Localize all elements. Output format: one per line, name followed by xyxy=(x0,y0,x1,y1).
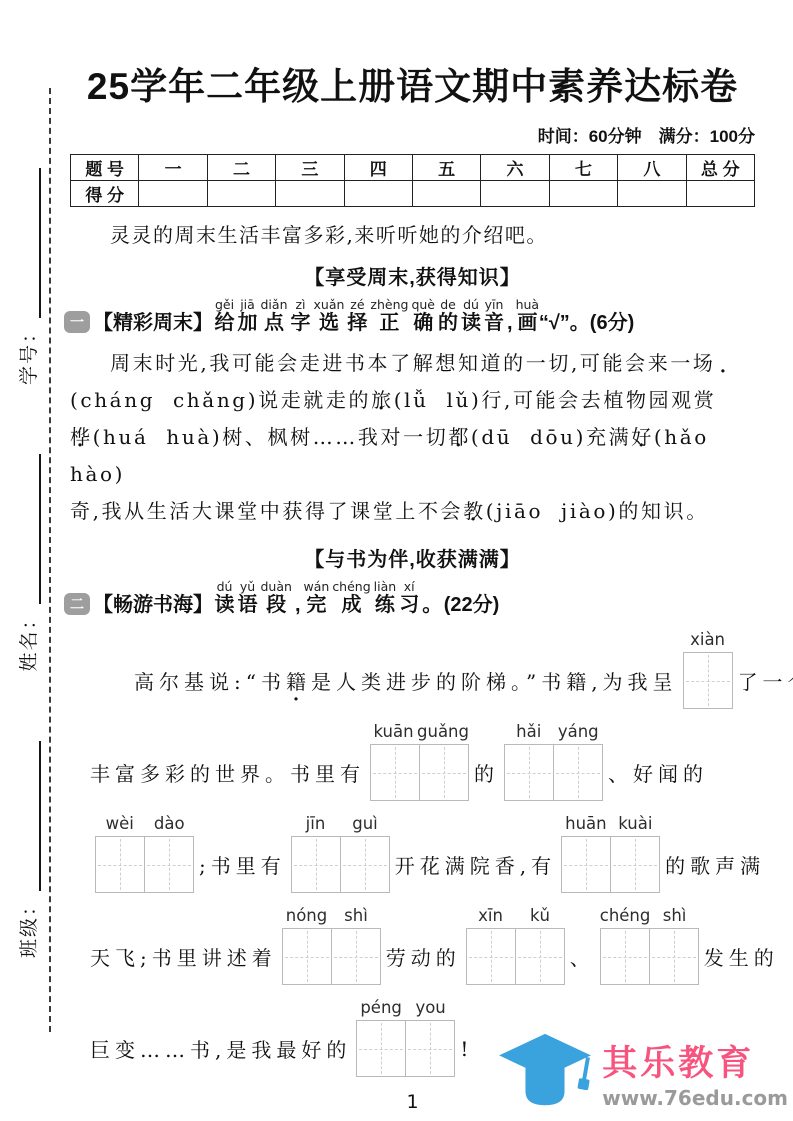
pinyin-syllable: yáng xyxy=(554,722,604,741)
instruction-char: 读dú xyxy=(215,594,235,616)
score-cell xyxy=(139,181,207,207)
passage-text: (jiāo jiào)的知识。 xyxy=(486,499,709,523)
write-cell xyxy=(282,928,332,985)
write-cells xyxy=(356,1020,455,1077)
write-cells xyxy=(95,836,194,893)
score-table: 题 号一二三四五六七八总 分得 分 xyxy=(70,154,755,207)
student-info-field: 姓名： xyxy=(14,455,41,672)
passage-text: 的 xyxy=(474,758,499,787)
score-table-header-row: 题 号一二三四五六七八总 分 xyxy=(71,155,755,181)
fill-line: 天飞;书里讲述着nóngshì劳动的xīnkǔ、chéngshì发生的 xyxy=(90,928,755,985)
score-table-column: 一 xyxy=(139,155,207,181)
write-cell xyxy=(553,744,603,801)
write-cells xyxy=(466,928,565,985)
pinyin-write-box: huānkuài xyxy=(561,836,660,893)
instruction-char: 音yīn xyxy=(484,312,504,334)
score-row-label: 得 分 xyxy=(71,181,139,207)
pinyin-write-box: jīnguì xyxy=(291,836,390,893)
instruction-char: 的de xyxy=(438,312,458,334)
write-cell xyxy=(331,928,381,985)
passage-text: 奇,我从生活大课堂中获得了课堂上不会 xyxy=(70,499,463,523)
passage-line: 奇,我从生活大课堂中获得了课堂上不会教(jiāo jiào)的知识。 xyxy=(70,493,755,530)
question-1-points: “√”。(6分) xyxy=(539,312,634,334)
score-table-score-row: 得 分 xyxy=(71,181,755,207)
pinyin-write-box: hǎiyáng xyxy=(504,744,603,801)
question-1-passage: 周末时光,我可能会走进书本了解想知道的一切,可能会来一场(cháng chǎng… xyxy=(70,345,755,530)
score-table-column: 六 xyxy=(481,155,549,181)
main-content: 25学年二年级上册语文期中素养达标卷 时间：60分钟 满分：100分 题 号一二… xyxy=(70,0,755,1113)
score-table-column: 四 xyxy=(344,155,412,181)
student-info-blank xyxy=(23,168,41,318)
pinyin-syllable: kǔ xyxy=(515,906,565,925)
student-info-label: 姓名： xyxy=(14,609,41,672)
pinyin-syllable: wèi xyxy=(95,814,145,833)
instruction-char: 选xuǎn xyxy=(314,312,345,334)
score-table-column: 二 xyxy=(207,155,275,181)
write-cell xyxy=(466,928,516,985)
question-1-number-badge: 一 xyxy=(64,311,90,333)
pinyin-label: kuānguǎng xyxy=(370,722,469,741)
brand-url: www.76edu.com xyxy=(602,1086,788,1110)
passage-text: 开花满院香,有 xyxy=(395,850,556,879)
question-1-tag: 【精彩周末】 xyxy=(93,312,213,334)
passage-text: 、好闻的 xyxy=(608,758,708,787)
section-1-banner: 【享受周末,获得知识】 xyxy=(70,261,755,290)
instruction-char: 成chéng xyxy=(332,594,370,616)
passage-text: 周末时光,我可能会走进书本了解想知道的一切,可能会来一 xyxy=(110,351,693,375)
brand-name: 其乐教育 xyxy=(602,1036,788,1086)
pinyin-syllable: jīn xyxy=(291,814,341,833)
passage-text: (dū dōu)充满 xyxy=(471,425,631,449)
write-cell xyxy=(291,836,341,893)
write-cell xyxy=(95,836,145,893)
pinyin-syllable: xīn xyxy=(466,906,516,925)
passage-text: ! xyxy=(460,1037,473,1061)
pinyin-write-box: péngyou xyxy=(356,1020,455,1077)
write-cells xyxy=(282,928,381,985)
write-cell xyxy=(649,928,699,985)
pinyin-write-box: xīnkǔ xyxy=(466,928,565,985)
passage-text: 发生的 xyxy=(704,942,779,971)
write-cell xyxy=(340,836,390,893)
instruction-char: 读dú xyxy=(461,312,481,334)
pinyin-write-box: kuānguǎng xyxy=(370,744,469,801)
passage-line: (cháng chǎng)说走就走的旅(lǚ lǔ)行,可能会去植物园观赏 xyxy=(70,382,755,419)
write-cell xyxy=(610,836,660,893)
pinyin-label: chéngshì xyxy=(600,906,699,925)
pinyin-label: huānkuài xyxy=(561,814,660,833)
write-cells xyxy=(683,652,733,709)
question-2-passage: 高尔基说:“书籍是人类进步的阶梯。”书籍,为我呈xiàn了一个丰富多彩的世界。书… xyxy=(70,652,755,1077)
pinyin-write-box: xiàn xyxy=(683,652,733,709)
write-cells xyxy=(600,928,699,985)
student-info-field: 学号： xyxy=(14,168,41,385)
instruction-char: , xyxy=(295,594,301,616)
score-table-column: 八 xyxy=(618,155,686,181)
instruction-char: 择zé xyxy=(347,312,367,334)
write-cells xyxy=(561,836,660,893)
passage-text: (lǚ lǔ)行,可能会去植物园观赏 xyxy=(394,388,717,412)
score-cell xyxy=(549,181,617,207)
question-1-heading: 一【精彩周末】给gěi加jiā点diǎn字zì选xuǎn择zé正zhèng确qu… xyxy=(70,299,755,335)
pinyin-syllable: xiàn xyxy=(683,630,733,649)
write-cell xyxy=(370,744,420,801)
instruction-char: 习xí xyxy=(399,594,419,616)
student-info-blank xyxy=(23,741,41,891)
pinyin-syllable: guǎng xyxy=(417,722,469,741)
score-cell xyxy=(344,181,412,207)
score-table-column: 总 分 xyxy=(686,155,754,181)
pinyin-write-box: wèidào xyxy=(95,836,194,893)
score-cell xyxy=(207,181,275,207)
passage-text: 高尔基说:“书 xyxy=(90,666,286,695)
score-table-corner: 题 号 xyxy=(71,155,139,181)
student-info-label: 学号： xyxy=(14,322,41,385)
student-info-blank xyxy=(23,455,41,605)
score-cell xyxy=(618,181,686,207)
student-info-field: 班级： xyxy=(14,741,41,958)
instruction-char: 加jiā xyxy=(238,312,258,334)
write-cells xyxy=(504,744,603,801)
passage-text: 了一个 xyxy=(738,666,793,695)
student-info-sidebar: 班级：姓名：学号： xyxy=(6,168,48,958)
pinyin-syllable: nóng xyxy=(282,906,332,925)
write-cell xyxy=(683,652,733,709)
graduation-cap-icon xyxy=(496,1031,594,1115)
passage-text: (huá huà)树、枫树……我对一切 xyxy=(93,425,449,449)
pinyin-label: jīnguì xyxy=(291,814,390,833)
dotted-char: 都 xyxy=(448,425,471,449)
write-cell xyxy=(561,836,611,893)
pinyin-label: hǎiyáng xyxy=(504,722,603,741)
passage-text: 、 xyxy=(570,942,595,971)
write-cell xyxy=(419,744,469,801)
question-2-tag: 【畅游书海】 xyxy=(93,594,213,616)
instruction-char: 点diǎn xyxy=(261,312,288,334)
instruction-char: 正zhèng xyxy=(370,312,408,334)
instruction-char: 画huà xyxy=(516,312,538,334)
instruction-char: 字zì xyxy=(291,312,311,334)
passage-line: 周末时光,我可能会走进书本了解想知道的一切,可能会来一场 xyxy=(70,345,755,382)
score-table-column: 七 xyxy=(549,155,617,181)
question-2-number-badge: 二 xyxy=(64,593,90,615)
pinyin-syllable: kuān xyxy=(370,722,417,741)
pinyin-syllable: hǎi xyxy=(504,722,554,741)
section-2-banner: 【与书为伴,收获满满】 xyxy=(70,543,755,572)
passage-text: 丰富多彩的世界。书里有 xyxy=(90,758,365,787)
pinyin-label: péngyou xyxy=(356,998,455,1017)
pinyin-syllable: shì xyxy=(331,906,381,925)
write-cell xyxy=(405,1020,455,1077)
exam-time-score-meta: 时间：60分钟 满分：100分 xyxy=(70,122,755,147)
instruction-char: , xyxy=(507,312,513,334)
exam-page: 班级：姓名：学号： 25学年二年级上册语文期中素养达标卷 时间：60分钟 满分：… xyxy=(0,0,793,1121)
passage-text: 天飞;书里讲述着 xyxy=(90,942,277,971)
score-table-column: 三 xyxy=(276,155,344,181)
question-2-points: (22分) xyxy=(444,594,500,616)
fill-line: 高尔基说:“书籍是人类进步的阶梯。”书籍,为我呈xiàn了一个 xyxy=(90,652,755,709)
pinyin-syllable: you xyxy=(406,998,456,1017)
passage-line: 桦(huá huà)树、枫树……我对一切都(dū dōu)充满好(hǎo hào… xyxy=(70,419,755,493)
passage-text: ;书里有 xyxy=(199,850,286,879)
passage-text: 的歌声满 xyxy=(665,850,765,879)
fill-line: wèidào;书里有jīnguì开花满院香,有huānkuài的歌声满 xyxy=(90,836,755,893)
fill-line: 丰富多彩的世界。书里有kuānguǎng的hǎiyáng、好闻的 xyxy=(90,744,755,801)
score-cell xyxy=(276,181,344,207)
pinyin-label: xiàn xyxy=(683,630,733,649)
score-table-column: 五 xyxy=(412,155,480,181)
passage-text: 巨变……书,是我最好的 xyxy=(90,1034,351,1063)
pinyin-label: xīnkǔ xyxy=(466,906,565,925)
binding-dashed-line xyxy=(49,88,51,1032)
pinyin-write-box: chéngshì xyxy=(600,928,699,985)
question-2-heading: 二【畅游书海】读dú语yǔ段duàn,完wán成chéng练liàn习xí。(2… xyxy=(70,581,755,617)
instruction-char: 完wán xyxy=(304,594,330,616)
instruction-char: 练liàn xyxy=(374,594,397,616)
pinyin-label: wèidào xyxy=(95,814,194,833)
pinyin-syllable: huān xyxy=(561,814,611,833)
dotted-char: 桦 xyxy=(70,425,93,449)
dotted-char: 籍 xyxy=(286,666,311,695)
logo-text-block: 其乐教育 www.76edu.com xyxy=(602,1036,788,1110)
pinyin-syllable: kuài xyxy=(611,814,661,833)
dotted-char: 教 xyxy=(463,499,486,523)
instruction-char: 确què xyxy=(411,312,435,334)
passage-text: 是人类进步的阶梯。”书籍,为我呈 xyxy=(311,666,678,695)
student-info-label: 班级： xyxy=(14,895,41,958)
pinyin-syllable: péng xyxy=(356,998,406,1017)
score-cell xyxy=(412,181,480,207)
write-cell xyxy=(504,744,554,801)
score-cell xyxy=(686,181,754,207)
passage-text: (cháng chǎng)说走就走的 xyxy=(70,388,371,412)
write-cells xyxy=(291,836,390,893)
pinyin-syllable: chéng xyxy=(600,906,651,925)
dotted-char: 场 xyxy=(693,351,716,375)
publisher-logo: 其乐教育 www.76edu.com xyxy=(496,1031,791,1115)
write-cell xyxy=(356,1020,406,1077)
instruction-char: 给gěi xyxy=(215,312,235,334)
score-cell xyxy=(481,181,549,207)
page-title: 25学年二年级上册语文期中素养达标卷 xyxy=(70,0,755,110)
passage-text: 劳动的 xyxy=(386,942,461,971)
instruction-char: 语yǔ xyxy=(238,594,258,616)
pinyin-write-box: nóngshì xyxy=(282,928,381,985)
intro-text: 灵灵的周末生活丰富多彩,来听听她的介绍吧。 xyxy=(70,219,755,248)
pinyin-syllable: dào xyxy=(145,814,195,833)
write-cell xyxy=(144,836,194,893)
instruction-char: 。 xyxy=(422,594,442,616)
dotted-char: 好 xyxy=(631,425,654,449)
write-cell xyxy=(600,928,650,985)
pinyin-syllable: guì xyxy=(340,814,390,833)
write-cells xyxy=(370,744,469,801)
dotted-char: 旅 xyxy=(371,388,394,412)
write-cell xyxy=(515,928,565,985)
pinyin-label: nóngshì xyxy=(282,906,381,925)
instruction-char: 段duàn xyxy=(261,594,292,616)
pinyin-syllable: shì xyxy=(650,906,698,925)
